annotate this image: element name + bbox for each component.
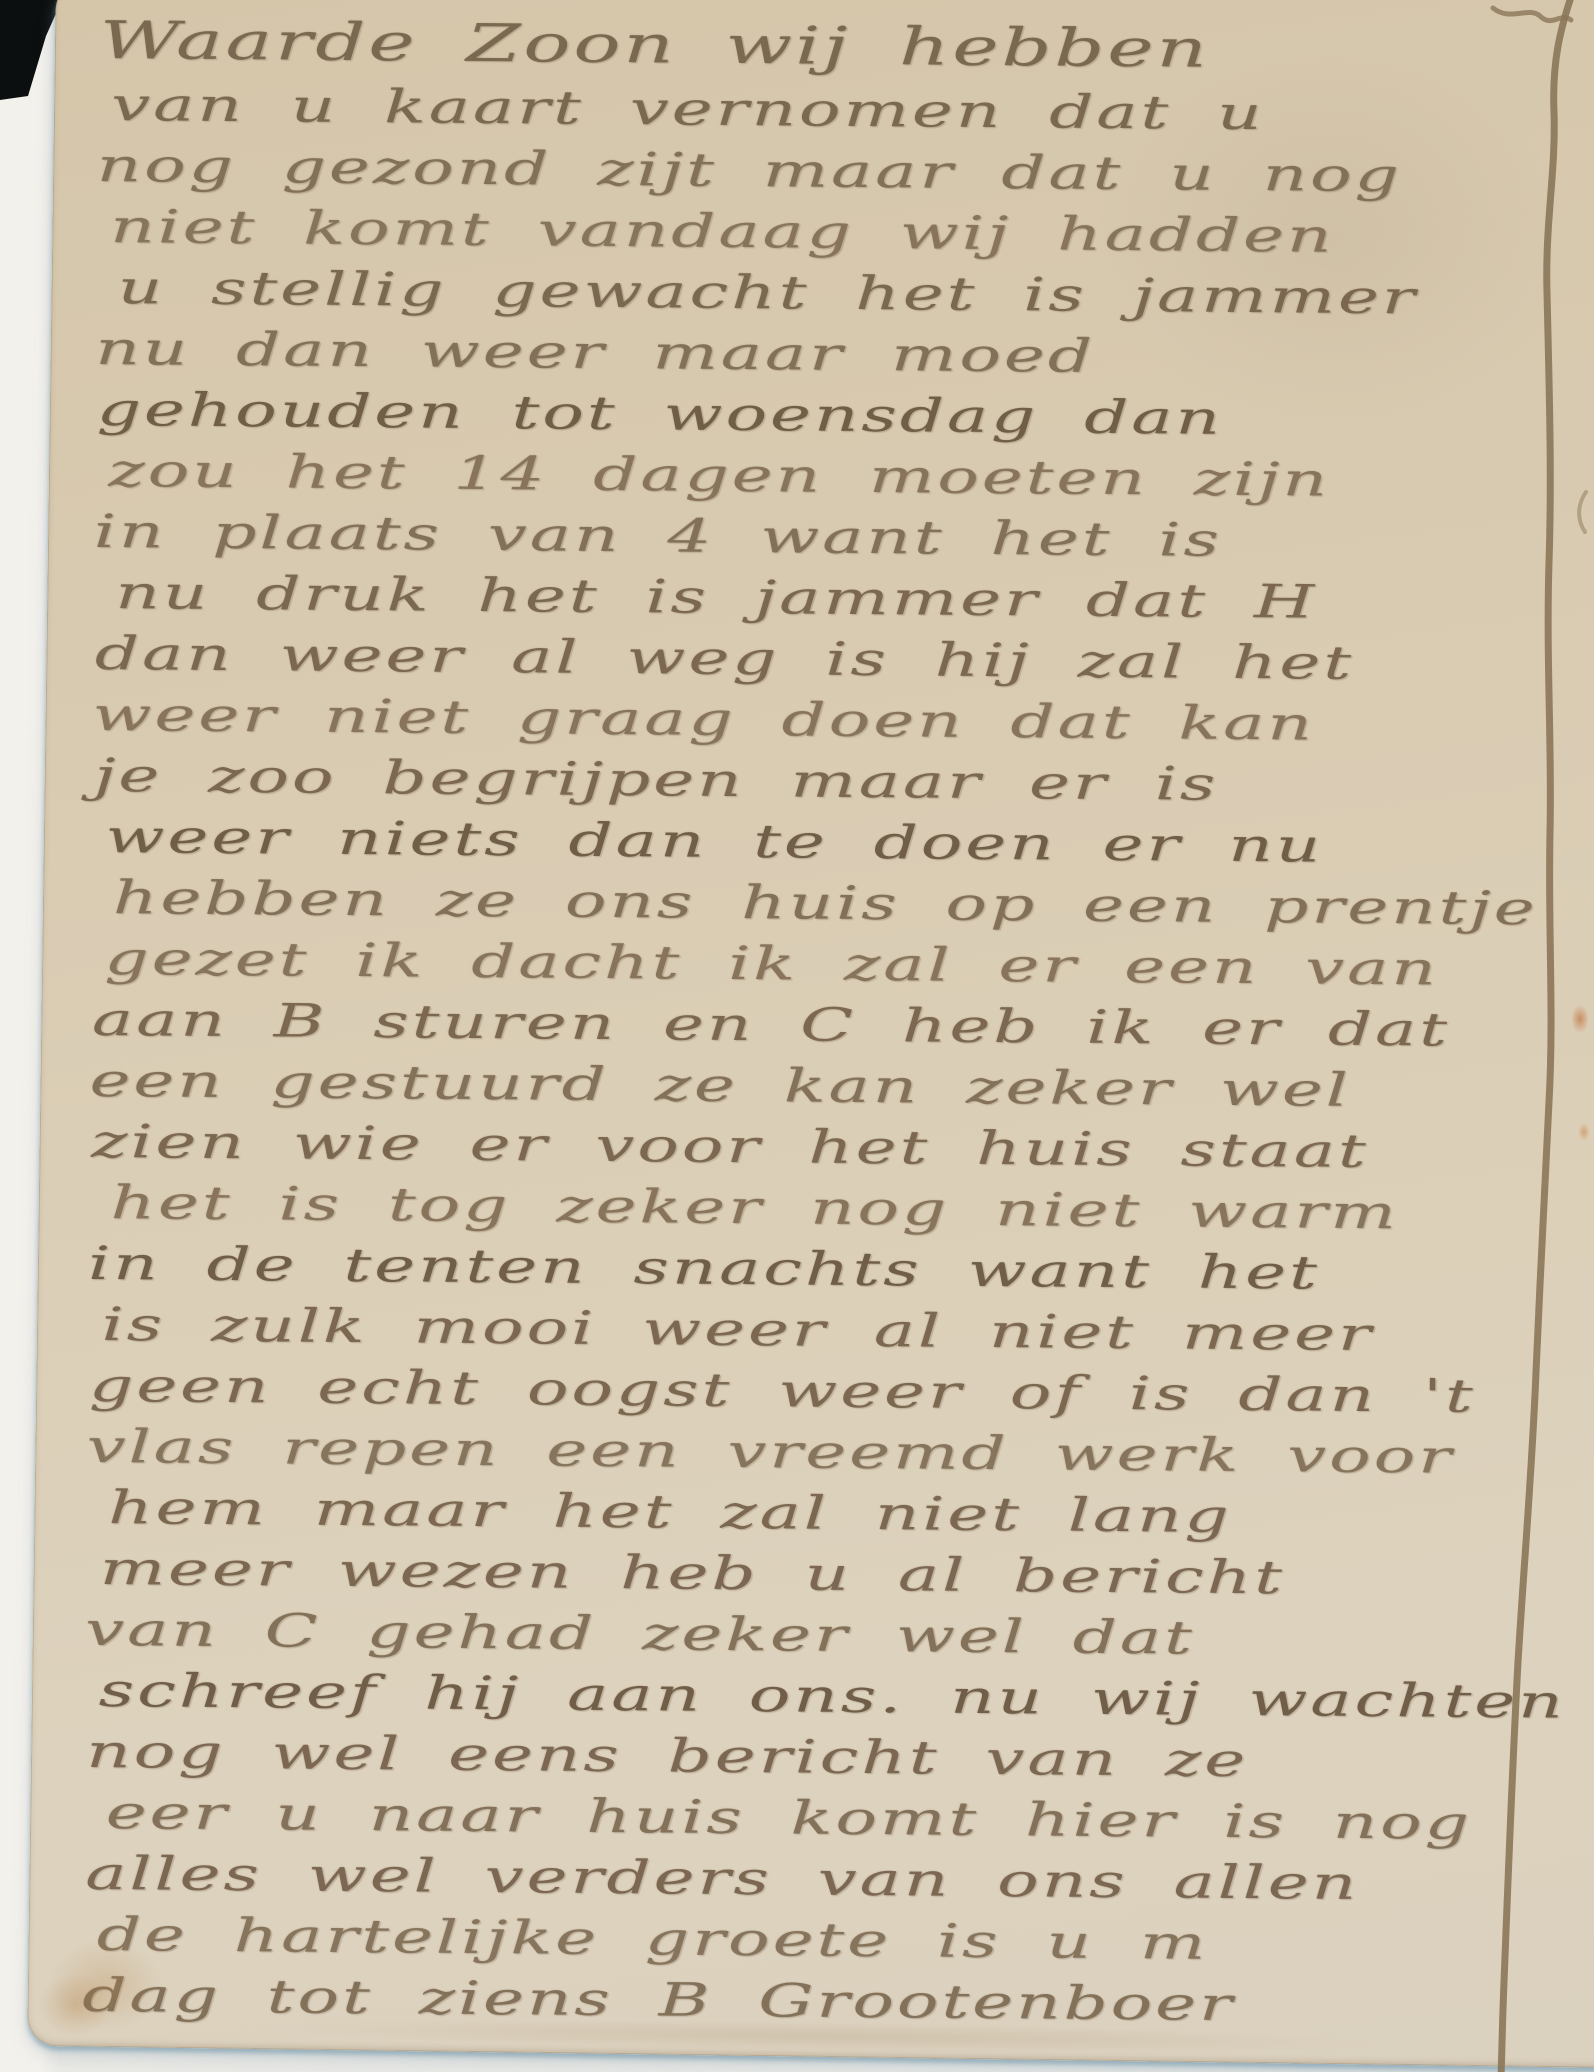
letter-body: Waarde Zoon wij hebben van u kaart verno…: [84, 8, 1520, 2037]
scan-black-corner: [0, 0, 62, 100]
scanned-letter-page: Waarde Zoon wij hebben van u kaart verno…: [0, 0, 1594, 2072]
